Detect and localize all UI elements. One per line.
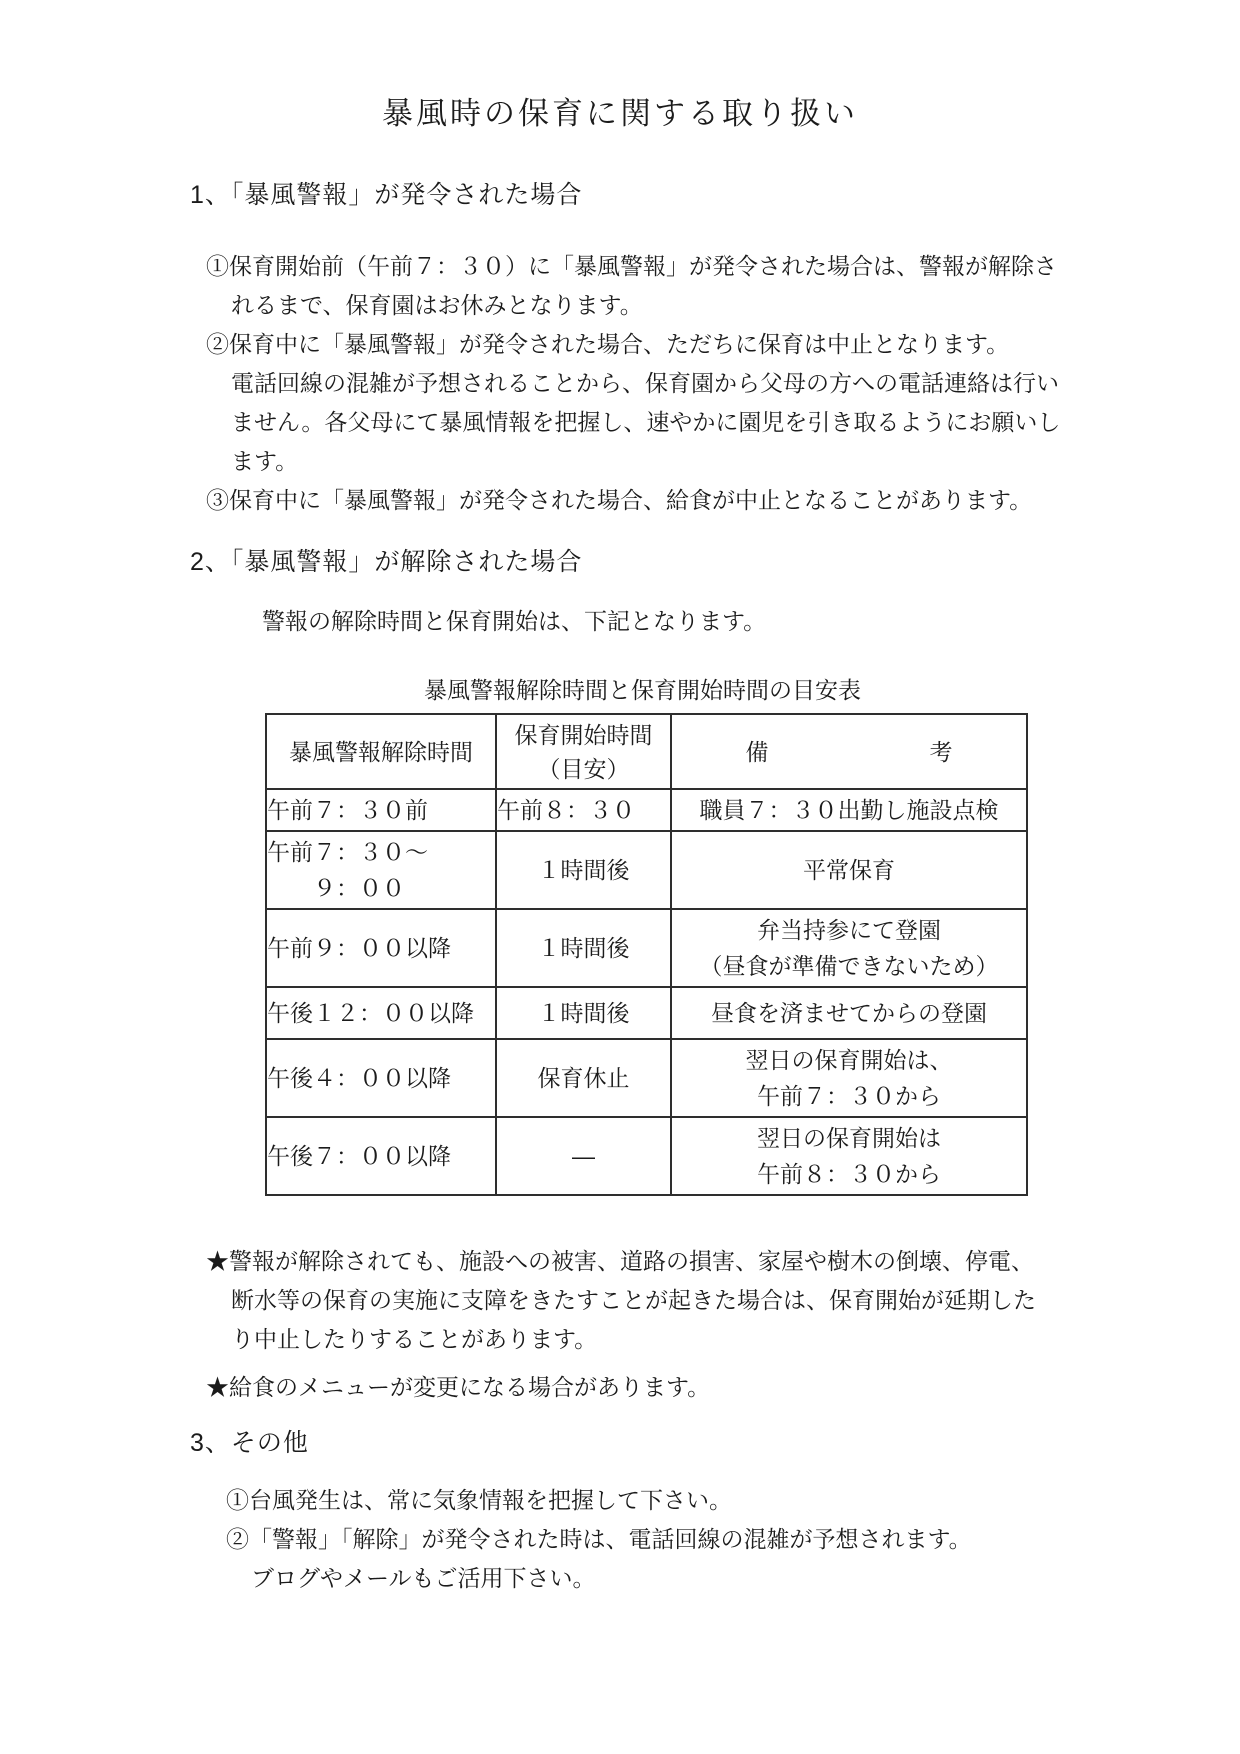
document-title: 暴風時の保育に関する取り扱い — [0, 0, 1240, 133]
table-cell: 午前８：３０ — [496, 789, 671, 831]
table-cell: 午後４：００以降 — [266, 1039, 496, 1117]
table-row: 午後１２：００以降 １時間後 昼食を済ませてからの登園 — [266, 987, 1027, 1039]
table-cell: １時間後 — [496, 987, 671, 1039]
table-cell: 午前７：３０～ ９：００ — [266, 831, 496, 909]
table-cell: 昼食を済ませてからの登園 — [671, 987, 1027, 1039]
table-cell: 職員７：３０出勤し施設点検 — [671, 789, 1027, 831]
paragraph: ①台風発生は、常に気象情報を把握して下さい。 — [226, 1481, 1210, 1520]
schedule-table-caption: 暴風警報解除時間と保育開始時間の目安表 — [265, 675, 1020, 705]
section-2-heading: 2、「暴風警報」が解除された場合 — [190, 542, 1240, 578]
note: ★警報が解除されても、施設への被害、道路の損害、家屋や樹木の倒壊、停電、 断水等… — [206, 1242, 1210, 1359]
table-cell: １時間後 — [496, 909, 671, 987]
section-2-intro: 警報の解除時間と保育開始は、下記となります。 — [262, 602, 1240, 641]
table-row: 午後７：００以降 ― 翌日の保育開始は 午前８：３０から — [266, 1117, 1027, 1195]
table-cell: 翌日の保育開始は、 午前７：３０から — [671, 1039, 1027, 1117]
table-cell: 午前９：００以降 — [266, 909, 496, 987]
table-row: 午後４：００以降 保育休止 翌日の保育開始は、 午前７：３０から — [266, 1039, 1027, 1117]
table-cell: 保育休止 — [496, 1039, 671, 1117]
paragraph: ②「警報」「解除」が発令された時は、電話回線の混雑が予想されます。 ブログやメー… — [226, 1520, 1210, 1598]
document-page: 暴風時の保育に関する取り扱い 1、「暴風警報」が発令された場合 ①保育開始前（午… — [0, 0, 1240, 1754]
section-3-heading: 3、その他 — [190, 1423, 1240, 1459]
table-cell: 翌日の保育開始は 午前８：３０から — [671, 1117, 1027, 1195]
table-cell: 午後１２：００以降 — [266, 987, 496, 1039]
schedule-table: 暴風警報解除時間 保育開始時間 （目安） 備 考 午前７：３０前 午前８：３０ … — [265, 713, 1028, 1196]
table-row: 午前７：３０～ ９：００ １時間後 平常保育 — [266, 831, 1027, 909]
section-1-heading: 1、「暴風警報」が発令された場合 — [190, 175, 1240, 211]
table-cell: 弁当持参にて登園 （昼食が準備できないため） — [671, 909, 1027, 987]
table-cell: 午後７：００以降 — [266, 1117, 496, 1195]
paragraph: ①保育開始前（午前７：３０）に「暴風警報」が発令された場合は、警報が解除さ れる… — [206, 247, 1210, 325]
column-header-start-time: 保育開始時間 （目安） — [496, 714, 671, 789]
note: ★給食のメニューが変更になる場合があります。 — [206, 1368, 1210, 1407]
table-cell: 平常保育 — [671, 831, 1027, 909]
paragraph: ③保育中に「暴風警報」が発令された場合、給食が中止となることがあります。 — [206, 481, 1210, 520]
paragraph: ②保育中に「暴風警報」が発令された場合、ただちに保育は中止となります。 電話回線… — [206, 325, 1210, 481]
column-header-remarks: 備 考 — [671, 714, 1027, 789]
column-header-release-time: 暴風警報解除時間 — [266, 714, 496, 789]
table-row: 午前７：３０前 午前８：３０ 職員７：３０出勤し施設点検 — [266, 789, 1027, 831]
table-row: 午前９：００以降 １時間後 弁当持参にて登園 （昼食が準備できないため） — [266, 909, 1027, 987]
table-cell: 午前７：３０前 — [266, 789, 496, 831]
table-cell: ― — [496, 1117, 671, 1195]
table-header-row: 暴風警報解除時間 保育開始時間 （目安） 備 考 — [266, 714, 1027, 789]
table-cell: １時間後 — [496, 831, 671, 909]
